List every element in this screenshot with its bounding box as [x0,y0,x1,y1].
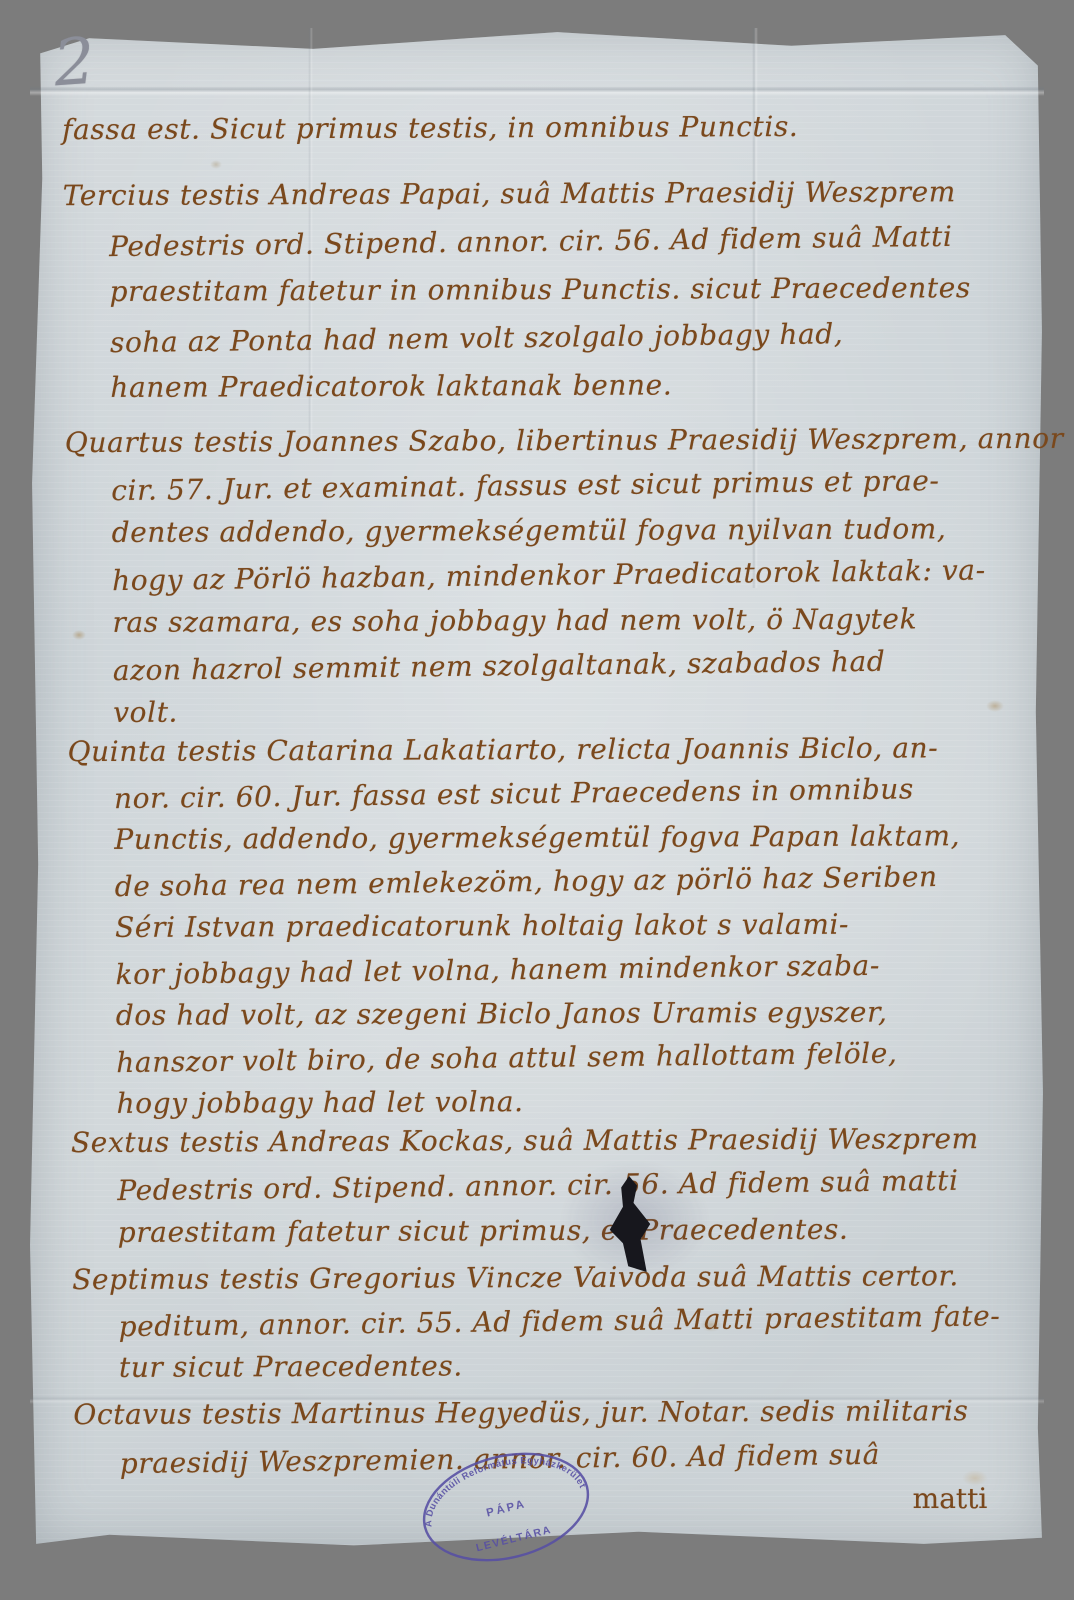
manuscript-paragraph: Sextus testis Andreas Kockas, suâ Mattis… [3,1114,1044,1258]
manuscript-line: tur sicut Praecedentes. [5,1342,1045,1391]
catchword: matti [880,1482,1020,1515]
manuscript-paragraph: Tercius testis Andreas Papai, suâ Mattis… [0,166,1037,415]
manuscript-line: fassa est. Sicut primus testis, in omnib… [0,102,1034,155]
manuscript-line: praestitam fatetur sicut primus, et Prae… [4,1206,1044,1256]
manuscript-line: soha az Ponta had nem volt szolgalo jobb… [0,308,1036,369]
manuscript-text: fassa est. Sicut primus testis, in omnib… [0,0,1074,1600]
manuscript-paragraph: fassa est. Sicut primus testis, in omnib… [0,100,1034,157]
stamp-center-text: PÁPA [485,1497,528,1519]
manuscript-line: Pedestris ord. Stipend. annor. cir. 56. … [0,212,1035,273]
manuscript-line: hanem Praedicatorok laktanak benne. [0,360,1036,413]
manuscript-line: praestitam fatetur in omnibus Punctis. s… [0,264,1036,317]
manuscript-paragraph: Septimus testis Gregorius Vincze Vaivoda… [4,1252,1045,1393]
manuscript-line: Tercius testis Andreas Papai, suâ Mattis… [0,168,1035,221]
manuscript-paragraph: Quartus testis Joannes Szabo, libertinus… [0,414,1039,738]
manuscript-paragraph: Quinta testis Catarina Lakatiarto, relic… [0,724,1043,1129]
